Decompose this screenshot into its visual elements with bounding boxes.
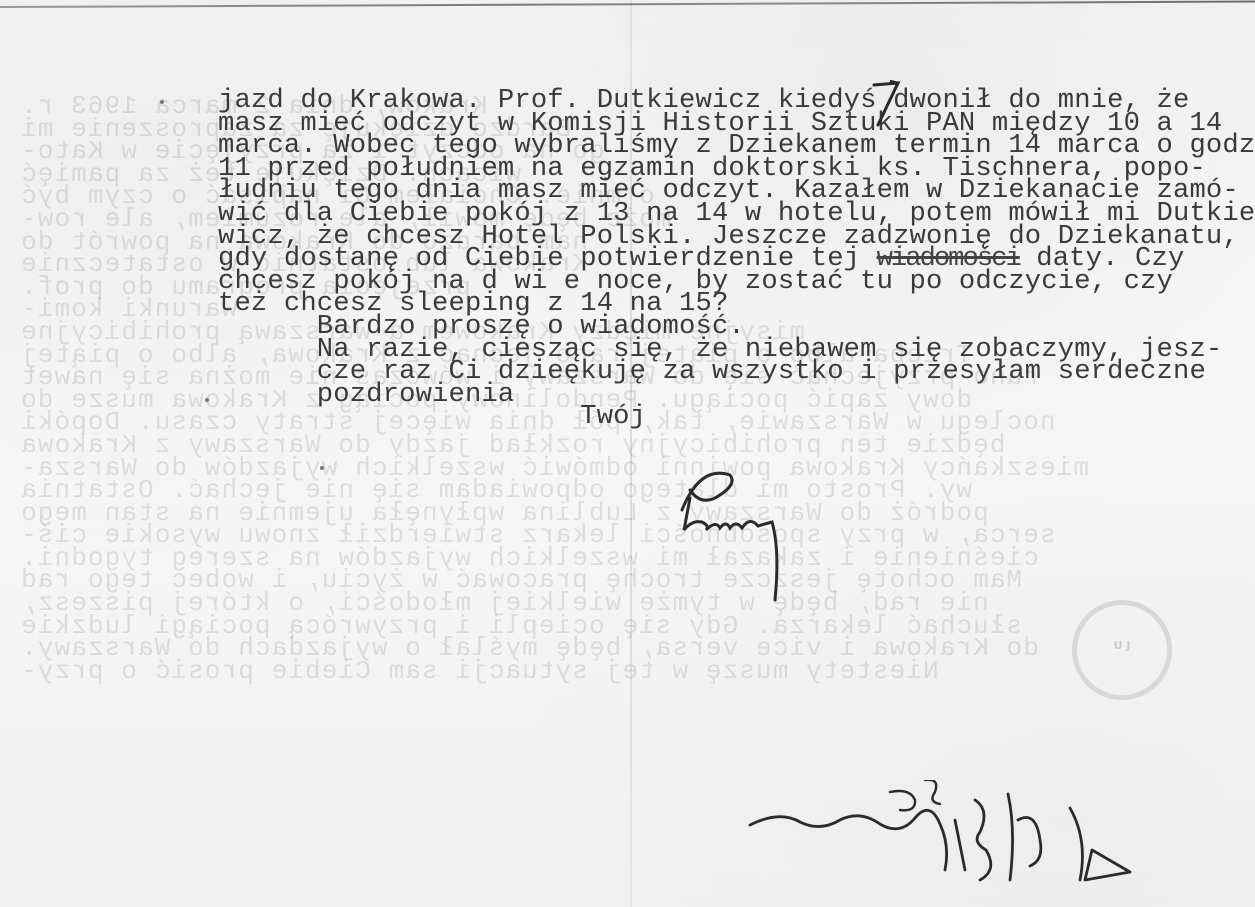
letter-paper: Kraków, dnia 2 marca 1963 r.Bardzo dzięk… [0,0,1255,907]
bleed-through-line: nie rad, będę w tymże wielkiej młodości,… [20,592,1250,615]
bleed-through-line: serca, w przy sposobności lekarz stwierd… [20,524,1250,547]
bleed-through-line: podróż do Warszawy z Lublina wpłynęła uj… [20,502,1250,525]
margin-mark [205,398,209,402]
margin-mark [160,100,164,104]
margin-mark [320,466,324,470]
stamp-text: U J [1077,639,1167,652]
signature [660,450,780,610]
bleed-through-line: do Krakowa i vice versa, będę myślał o w… [20,637,1250,660]
institution-stamp: U J [1072,600,1172,700]
bleed-through-line: mieszkańcy Krakowa powinni odmówić wszel… [20,457,1250,480]
bleed-through-line: będzie ten prohibicyjny rozkład jazdy do… [20,434,1250,457]
correction-arrow-icon [868,75,908,135]
bleed-through-line: cieśnienie i zakazał mi wszelkich wyjazd… [20,547,1250,570]
paper-top-edge [0,1,1255,8]
handwritten-note [740,780,1220,905]
bleed-through-line: wy. Prosto mi dlatego odpowiadam się nie… [20,479,1250,502]
bleed-through-line: Niestety muszę w tej sytuacji sam Ciebie… [20,660,1250,683]
bleed-through-line: Mam ochotę jeszcze trochę pracować w życ… [20,569,1250,592]
bleed-through-line: słuchać lekarza. Gdy się ociepli i przyw… [20,615,1250,638]
letter-body: jazd do Krakowa. Prof. Dutkiewicz kiedyś… [218,90,1255,429]
letter-line: Twój [218,406,1255,429]
